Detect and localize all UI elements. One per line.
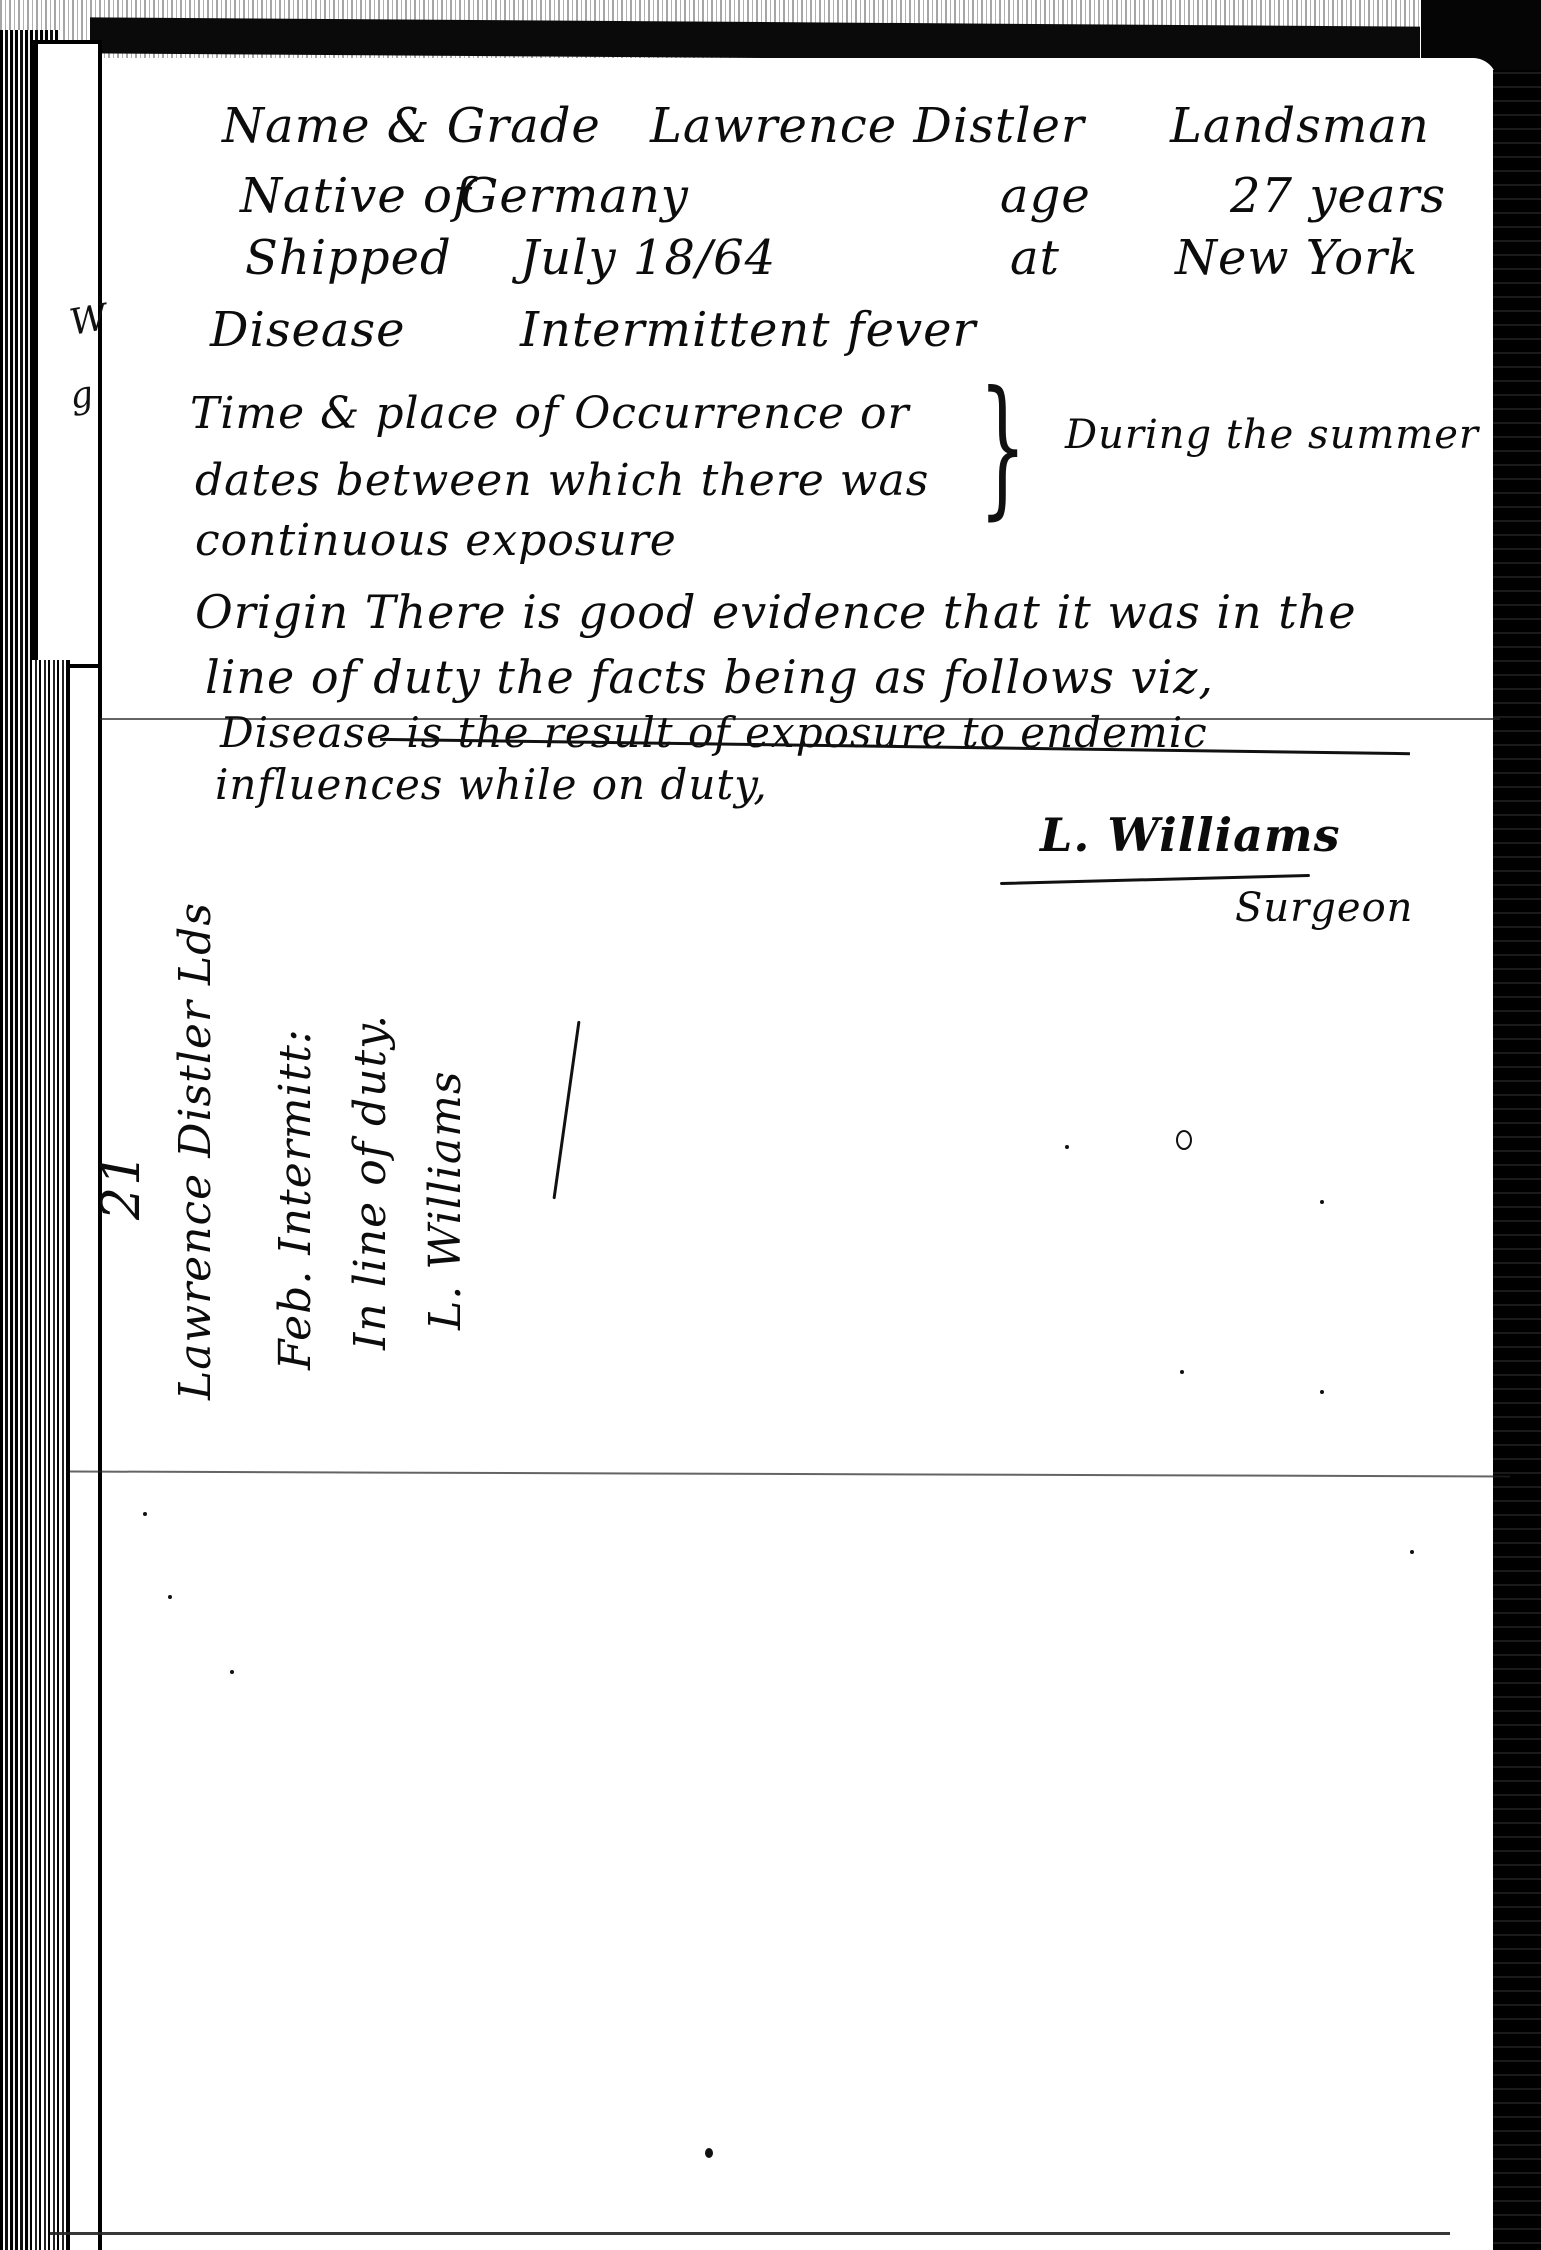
docket-line2: Feb. Intermitt:	[270, 1028, 321, 1370]
grade-value: Landsman	[1170, 98, 1430, 154]
shipped-place: New York	[1175, 230, 1418, 286]
origin-line4: influences while on duty,	[215, 760, 768, 809]
origin-line1: Origin There is good evidence that it wa…	[195, 585, 1357, 639]
origin-line2: line of duty the facts being as follows …	[205, 650, 1214, 704]
binding-lower	[30, 660, 70, 2250]
occurrence-label-line2: dates between which there was	[195, 455, 929, 506]
docket-line1: Lawrence Distler Lds	[170, 902, 221, 1400]
scan-speck	[1065, 1145, 1069, 1149]
age-value: 27 years	[1230, 168, 1446, 224]
docket-line3: In line of duty.	[345, 1014, 396, 1350]
curly-brace: }	[979, 360, 1027, 534]
shipped-at-label: at	[1010, 230, 1060, 286]
occurrence-label-line1: Time & place of Occurrence or	[190, 388, 910, 439]
page-right-edge	[1493, 70, 1541, 2250]
scan-speck	[230, 1670, 234, 1674]
occurrence-label-line3: continuous exposure	[195, 515, 677, 566]
margin-mark-w: W	[67, 297, 111, 344]
docket-number: 21	[92, 1152, 152, 1220]
scan-speck	[705, 2148, 713, 2158]
scan-speck	[1320, 1200, 1324, 1204]
scan-speck	[143, 1512, 147, 1516]
scan-speck	[1320, 1390, 1324, 1394]
shipped-label: Shipped	[245, 230, 452, 286]
scan-speck	[1180, 1370, 1184, 1374]
disease-label: Disease	[210, 302, 406, 358]
scan-speck	[1410, 1550, 1414, 1554]
ruled-line-bottom	[50, 2232, 1450, 2235]
native-value: Germany	[460, 168, 689, 224]
age-label: age	[1000, 168, 1091, 224]
shipped-date: July 18/64	[520, 230, 776, 286]
signature-name: L. Williams	[1040, 808, 1341, 862]
docket-line4: L. Williams	[420, 1071, 471, 1330]
scan-circle-mark	[1176, 1130, 1192, 1150]
signature-title: Surgeon	[1235, 885, 1413, 931]
scan-speck	[168, 1595, 172, 1599]
native-label: Native of	[240, 168, 472, 224]
name-value: Lawrence Distler	[650, 98, 1085, 154]
binding-tab	[32, 40, 102, 668]
occurrence-value: During the summer	[1065, 412, 1479, 458]
disease-value: Intermittent fever	[520, 302, 976, 358]
name-grade-label: Name & Grade	[222, 98, 601, 154]
